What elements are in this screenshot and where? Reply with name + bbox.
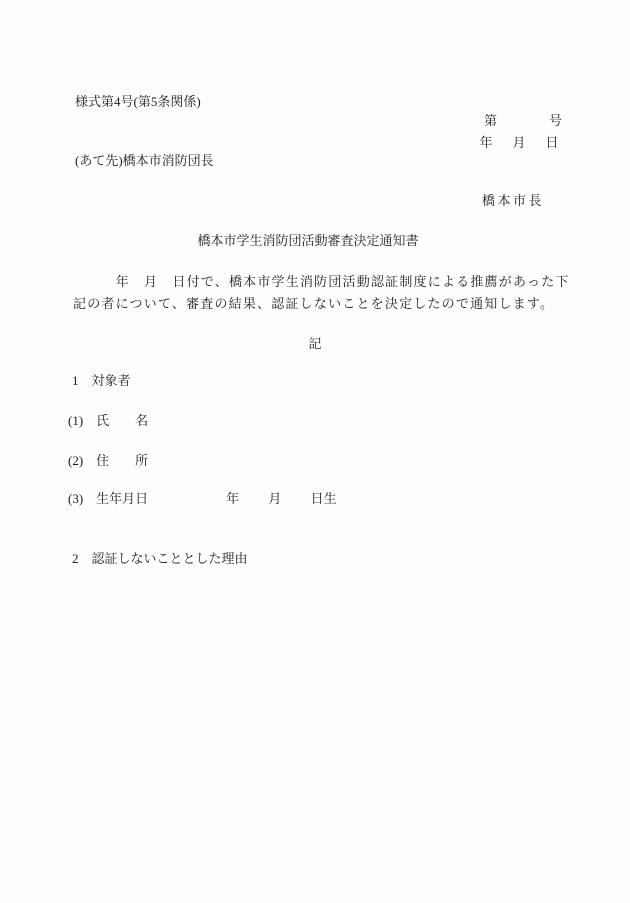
addressee-line: (あて先)橋本市消防団長	[75, 153, 214, 169]
list-item-2-reason: 2 認証しないこととした理由	[72, 551, 248, 567]
section-marker-ki: 記	[0, 336, 630, 352]
sender-line: 橋本市長	[482, 193, 544, 209]
body-paragraph-line-2: 記の者について、審査の結果、認証しないことを決定したので通知します。	[73, 296, 554, 312]
list-item-1-3-birthdate: (3) 生年月日 年 月 日生	[68, 491, 337, 507]
body-paragraph-line-1: 年 月 日付で、橋本市学生消防団活動認証制度による推薦があった下	[73, 274, 570, 290]
document-title: 橋本市学生消防団活動審査決定通知書	[0, 233, 616, 249]
document-page: 様式第4号(第5条関係) 第 号 年 月 日 (あて先)橋本市消防団長 橋本市長…	[0, 0, 630, 903]
document-number-line: 第 号	[484, 113, 562, 129]
list-item-1-2-address: (2) 住 所	[68, 453, 148, 469]
list-item-1-subject: 1 対象者	[72, 373, 131, 389]
list-item-1-1-name: (1) 氏 名	[68, 413, 148, 429]
date-line: 年 月 日	[479, 135, 562, 151]
form-number-label: 様式第4号(第5条関係)	[75, 94, 201, 110]
